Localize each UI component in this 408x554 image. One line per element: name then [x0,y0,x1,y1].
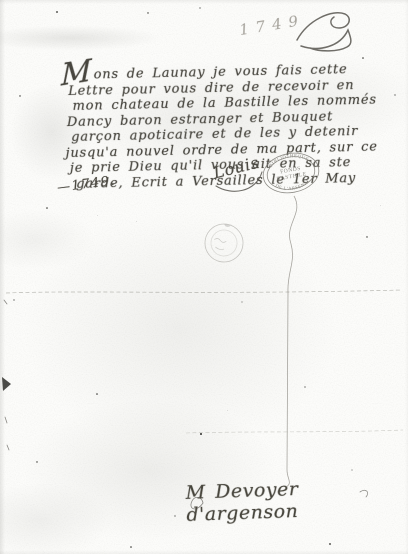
scanned-letter-page: 1749 Mons de Launay je vous fais cette L… [0,0,408,554]
round-stamp-blot [224,224,230,227]
horizontal-crease [186,430,403,433]
initial-letter: M [61,66,91,81]
docket-signature: M Devoyer d'argenson [185,474,408,526]
round-stamp-inner [209,228,238,257]
top-right-year-note: 1749 [238,11,306,39]
edge-mark [4,300,9,450]
round-stamp-illegible-text [213,238,226,250]
paraph-flourish-icon [297,13,351,51]
round-stamp [203,222,246,265]
edge-mark [2,377,11,391]
vertical-fold-line [286,196,297,487]
round-stamp-border [203,222,246,265]
horizontal-crease [6,290,402,293]
